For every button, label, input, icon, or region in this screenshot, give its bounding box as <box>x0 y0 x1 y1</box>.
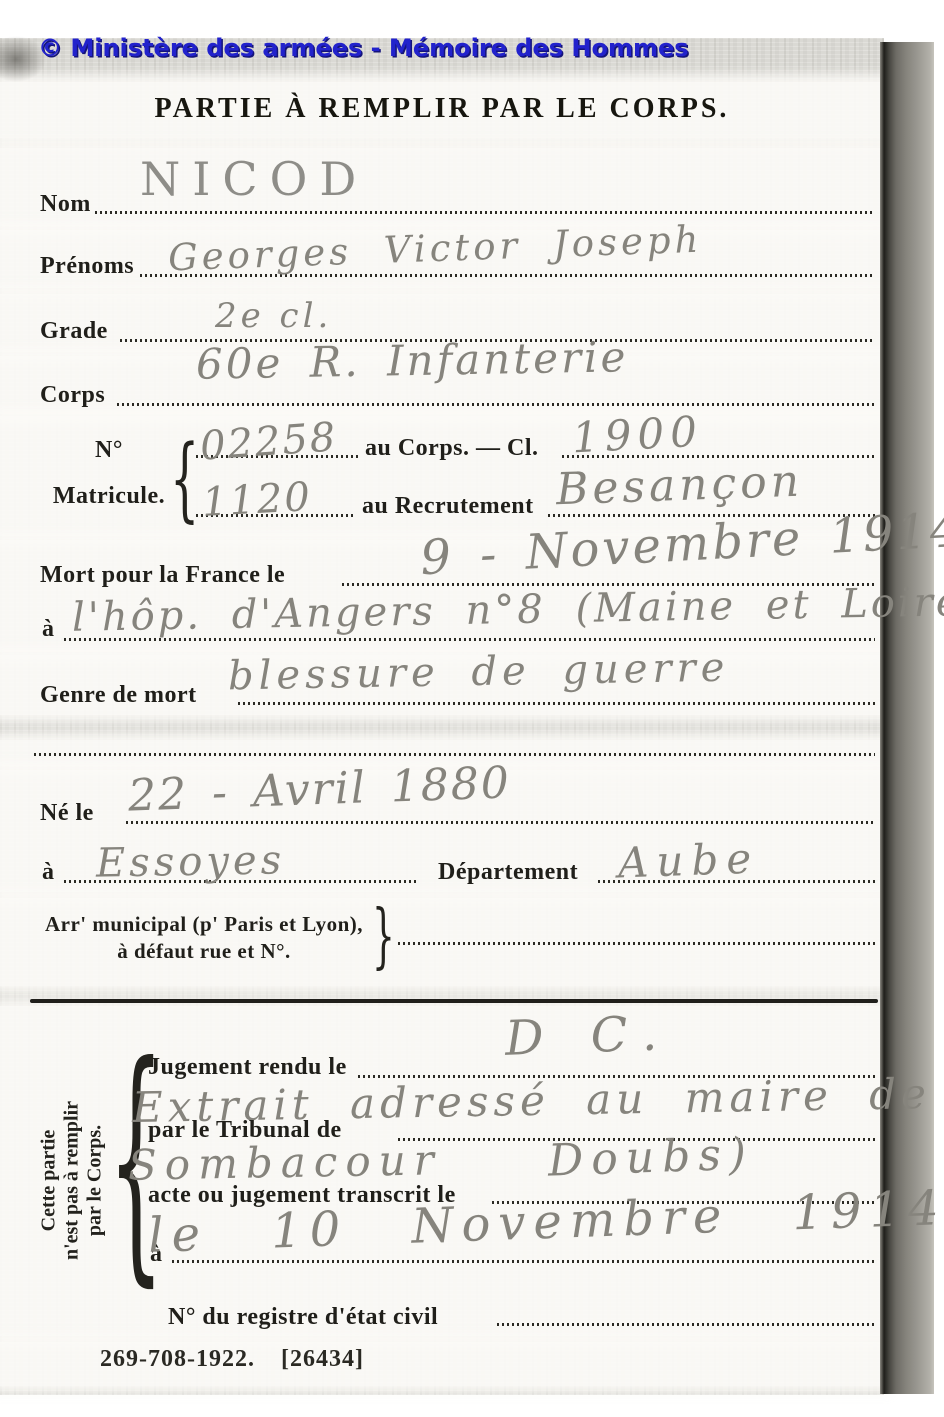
arr-brace: } <box>372 903 395 973</box>
side-note-line1: Cette partie <box>38 1046 61 1316</box>
section-separator-line <box>30 999 878 1003</box>
scanned-death-record-page: © Ministère des armées - Mémoire des Hom… <box>0 0 944 1417</box>
dotted-line-registre <box>497 1323 875 1326</box>
field-label-matricule: N° Matricule. <box>40 438 178 508</box>
side-note-line3: par le Corps. <box>84 1046 107 1316</box>
field-value-matricule-corps: 02258 <box>199 417 339 466</box>
field-label-ne-a: à <box>42 860 55 884</box>
matricule-brace: { <box>170 432 199 524</box>
field-value-matricule-recrutement: 1120 <box>201 477 313 523</box>
field-label-matricule-no: N° <box>40 438 178 462</box>
field-label-corps: Corps <box>40 383 105 407</box>
field-value-tribunal-lieu: Sombacour <box>128 1139 442 1186</box>
field-label-arr-municipal: Arr' municipal (p' Paris et Lyon), à déf… <box>36 911 372 965</box>
dotted-line-ne-le <box>126 821 875 824</box>
dotted-line-arr <box>398 942 875 945</box>
dotted-line-genre <box>238 702 875 705</box>
watermark-text: © Ministère des armées - Mémoire des Hom… <box>38 34 689 62</box>
field-label-genre: Genre de mort <box>40 683 197 707</box>
dotted-line-transcription <box>172 1260 875 1263</box>
field-value-naissance-lieu: Essoyes <box>96 840 286 883</box>
field-label-grade: Grade <box>40 319 108 343</box>
side-note-rotated: Cette partie n'est pas à remplir par le … <box>38 1046 107 1316</box>
dotted-line-blank <box>34 753 875 756</box>
field-value-corps: 60e R. Infanterie <box>196 336 629 386</box>
dotted-line-nom <box>95 211 875 214</box>
field-label-ne-le: Né le <box>40 801 94 825</box>
field-value-tribunal-dept: Doubs) <box>547 1132 754 1183</box>
field-value-nom: NICOD <box>140 156 368 202</box>
field-label-au-corps: au Corps. — Cl. <box>365 436 539 460</box>
field-label-mort-lieu: à <box>42 617 55 641</box>
paper-band <box>0 148 884 226</box>
field-label-mort: Mort pour la France le <box>40 563 285 587</box>
field-value-jugement: D C. <box>504 1009 674 1063</box>
footer-bracket-code: [26434] <box>281 1346 364 1372</box>
page-title: PARTIE À REMPLIR PAR LE CORPS. <box>0 93 884 125</box>
field-value-classe: 1900 <box>571 411 704 460</box>
field-label-registre: N° du registre d'état civil <box>168 1305 438 1329</box>
dotted-line-corps <box>117 403 875 406</box>
field-label-au-recrutement: au Recrutement <box>362 494 534 518</box>
footer-reference: 269-708-1922.[26434] <box>100 1346 364 1373</box>
field-value-naissance-date: 22 - Avril 1880 <box>127 761 511 818</box>
field-label-jugement: Jugement rendu le <box>148 1055 347 1079</box>
field-value-recrutement-lieu: Besançon <box>555 460 803 513</box>
arr-label-line2: à défaut rue et N°. <box>36 938 372 965</box>
field-value-grade: 2e cl. <box>215 299 332 333</box>
field-label-prenoms: Prénoms <box>40 254 134 278</box>
field-label-matricule-word: Matricule. <box>40 484 178 508</box>
field-label-departement: Département <box>438 860 578 884</box>
footer-ref-number: 269-708-1922. <box>100 1346 255 1372</box>
field-value-departement: Aube <box>617 838 760 885</box>
side-note-line2: n'est pas à remplir <box>61 1046 84 1316</box>
field-label-nom: Nom <box>40 192 91 216</box>
arr-label-line1: Arr' municipal (p' Paris et Lyon), <box>36 911 372 938</box>
field-value-genre: blessure de guerre <box>228 648 730 697</box>
